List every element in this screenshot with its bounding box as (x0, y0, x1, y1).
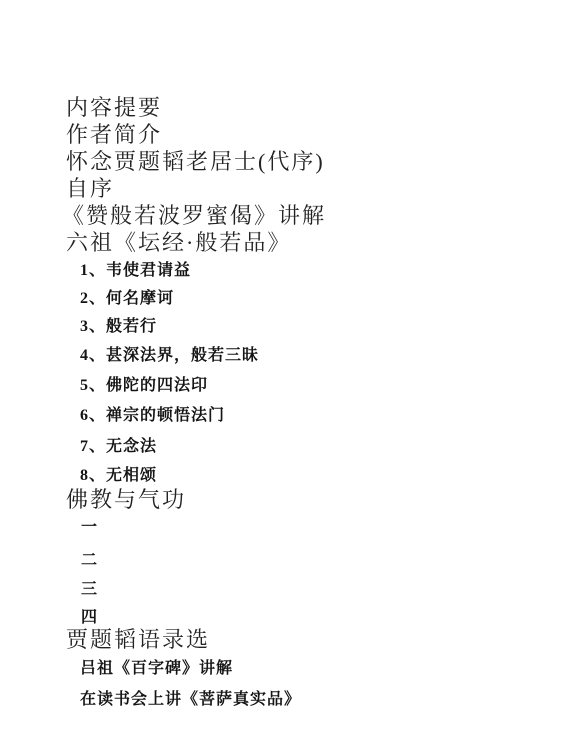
toc-entry: 六祖《坛经·般若品》 (66, 229, 291, 256)
toc-entry: 吕祖《百字碑》讲解 (80, 659, 233, 679)
toc-entry: 《赞般若波罗蜜偈》讲解 (62, 202, 326, 229)
toc-entry: 怀念贾题韬老居士(代序) (66, 148, 325, 175)
toc-entry: 6、禅宗的顿悟法门 (80, 406, 225, 426)
toc-entry: 自序 (66, 175, 114, 202)
toc-entry: 佛教与气功 (66, 486, 186, 513)
toc-entry: 3、般若行 (80, 317, 157, 337)
toc-entry: 一 (81, 518, 98, 538)
toc-entry: 8、无相颂 (80, 466, 157, 486)
toc-entry: 7、无念法 (80, 437, 157, 457)
toc-entry: 四 (81, 608, 98, 628)
document-page: 内容提要 作者简介 怀念贾题韬老居士(代序) 自序 《赞般若波罗蜜偈》讲解 六祖… (0, 0, 580, 748)
toc-entry: 贾题韬语录选 (66, 626, 210, 653)
toc-entry: 在读书会上讲《菩萨真实品》 (80, 690, 301, 710)
toc-entry: 内容提要 (66, 94, 162, 121)
toc-entry: 1、韦使君请益 (80, 261, 191, 281)
toc-entry: 5、佛陀的四法印 (80, 376, 208, 396)
toc-entry: 作者简介 (66, 121, 162, 148)
toc-entry: 二 (81, 551, 98, 571)
toc-entry: 2、何名摩诃 (80, 289, 174, 309)
toc-entry: 4、甚深法界，般若三昧 (80, 346, 259, 366)
toc-entry: 三 (81, 580, 98, 600)
